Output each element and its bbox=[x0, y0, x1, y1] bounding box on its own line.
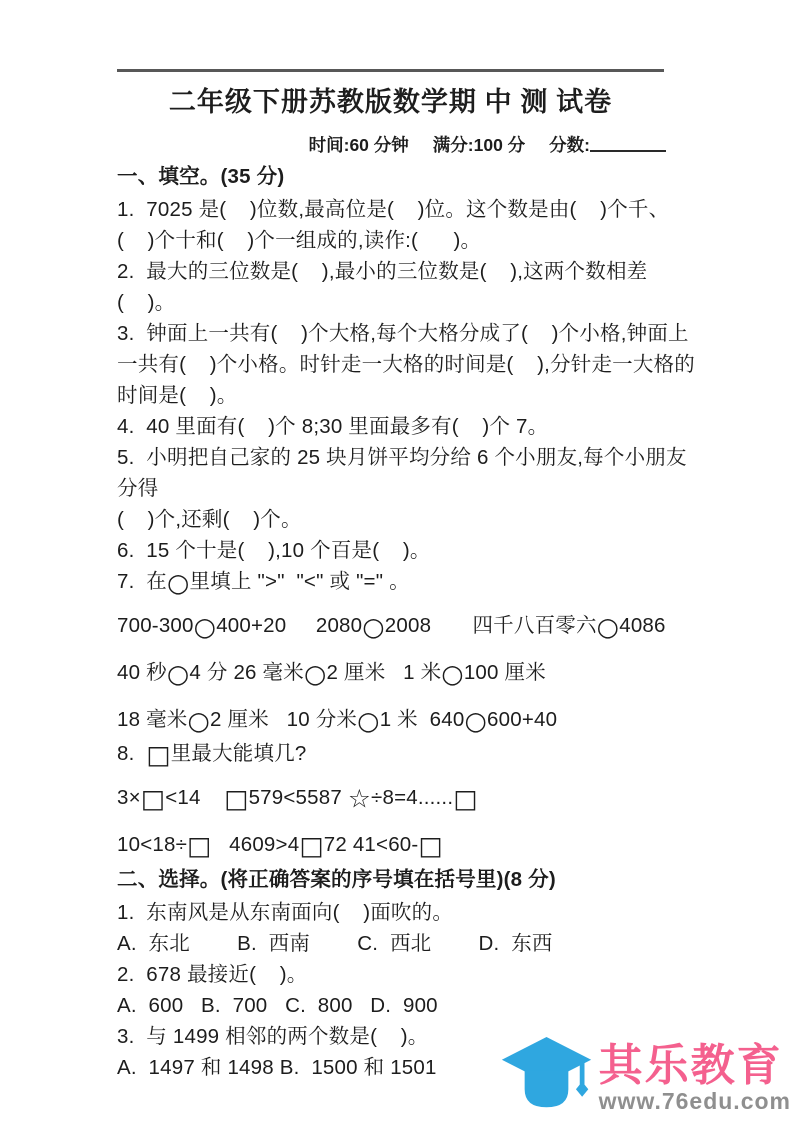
graduation-cap-icon bbox=[499, 1034, 594, 1114]
question-line: 18 毫米○2 厘米 10 分米○1 米 640○600+40 bbox=[117, 702, 695, 738]
circle-blank-icon: ○ bbox=[362, 612, 385, 642]
question-line: 10<18÷□ 4609>4□72 41<60-□ bbox=[117, 827, 695, 863]
question-line: 700-300○400+20 2080○2008 四千八百零六○4086 bbox=[117, 608, 695, 644]
question-line: 1. 7025 是( )位数,最高位是( )位。这个数是由( )个千、 bbox=[117, 194, 695, 225]
section-heading: 一、填空。(35 分) bbox=[117, 160, 695, 194]
question-line: 7. 在○里填上 ">" "<" 或 "=" 。 bbox=[117, 566, 695, 597]
question-line: 2. 678 最接近( )。 bbox=[117, 959, 695, 990]
circle-blank-icon: ○ bbox=[167, 568, 190, 598]
circle-blank-icon: ○ bbox=[464, 706, 487, 736]
square-blank-icon: □ bbox=[299, 831, 323, 861]
question-line: 2. 最大的三位数是( ),最小的三位数是( ),这两个数相差 bbox=[117, 256, 695, 287]
question-line: 一共有( )个小格。时针走一大格的时间是( ),分针走一大格的 bbox=[117, 349, 695, 380]
circle-blank-icon: ○ bbox=[167, 659, 190, 689]
question-line: 3. 钟面上一共有( )个大格,每个大格分成了( )个小格,钟面上 bbox=[117, 318, 695, 349]
question-line: 4. 40 里面有( )个 8;30 里面最多有( )个 7。 bbox=[117, 411, 695, 442]
question-line: ( )。 bbox=[117, 287, 695, 318]
header-rule bbox=[117, 69, 664, 72]
question-line: 5. 小明把自己家的 25 块月饼平均分给 6 个小朋友,每个小朋友分得 bbox=[117, 442, 695, 504]
time-label: 时间:60 分钟 bbox=[309, 135, 409, 155]
question-line: 3×□<14 □579<5587 ☆÷8=4......□ bbox=[117, 780, 695, 816]
question-line: 时间是( )。 bbox=[117, 380, 695, 411]
question-lines: 一、填空。(35 分)1. 7025 是( )位数,最高位是( )位。这个数是由… bbox=[117, 160, 695, 1083]
question-line: 8. □里最大能填几? bbox=[117, 738, 695, 769]
square-blank-icon: □ bbox=[187, 831, 211, 861]
circle-blank-icon: ○ bbox=[194, 612, 217, 642]
page-title: 二年级下册苏教版数学期 中 测 试卷 bbox=[117, 80, 664, 119]
question-line: ( )个,还剩( )个。 bbox=[117, 504, 695, 535]
circle-blank-icon: ○ bbox=[441, 659, 464, 689]
circle-blank-icon: ○ bbox=[597, 612, 620, 642]
square-blank-icon: □ bbox=[418, 831, 442, 861]
exam-meta: 时间:60 分钟满分:100 分分数: bbox=[117, 132, 666, 157]
question-line: 6. 15 个十是( ),10 个百是( )。 bbox=[117, 535, 695, 566]
test-paper-page: 二年级下册苏教版数学期 中 测 试卷 时间:60 分钟满分:100 分分数: 一… bbox=[0, 0, 793, 1122]
square-blank-icon: □ bbox=[141, 784, 165, 814]
score-label: 分数: bbox=[549, 135, 590, 155]
square-blank-icon: □ bbox=[146, 740, 170, 770]
question-line: 40 秒○4 分 26 毫米○2 厘米 1 米○100 厘米 bbox=[117, 655, 695, 691]
question-line: A. 东北 B. 西南 C. 西北 D. 东西 bbox=[117, 928, 695, 959]
watermark-url: www.76edu.com bbox=[599, 1088, 791, 1114]
watermark-brand: 其乐教育 bbox=[599, 1044, 783, 1088]
full-score-label: 满分:100 分 bbox=[433, 135, 525, 155]
square-blank-icon: □ bbox=[224, 784, 248, 814]
circle-blank-icon: ○ bbox=[357, 706, 380, 736]
watermark: 其乐教育 www.76edu.com bbox=[499, 1034, 791, 1114]
watermark-text: 其乐教育 www.76edu.com bbox=[599, 1044, 791, 1114]
square-blank-icon: □ bbox=[453, 784, 477, 814]
question-line: 1. 东南风是从东南面向( )面吹的。 bbox=[117, 897, 695, 928]
question-line: A. 600 B. 700 C. 800 D. 900 bbox=[117, 990, 695, 1021]
score-blank-line bbox=[590, 145, 666, 152]
circle-blank-icon: ○ bbox=[304, 659, 327, 689]
circle-blank-icon: ○ bbox=[188, 706, 211, 736]
section-heading: 二、选择。(将正确答案的序号填在括号里)(8 分) bbox=[117, 863, 695, 897]
star-symbol-icon: ☆ bbox=[348, 784, 371, 814]
question-line: ( )个十和( )个一组成的,读作:( )。 bbox=[117, 225, 695, 256]
